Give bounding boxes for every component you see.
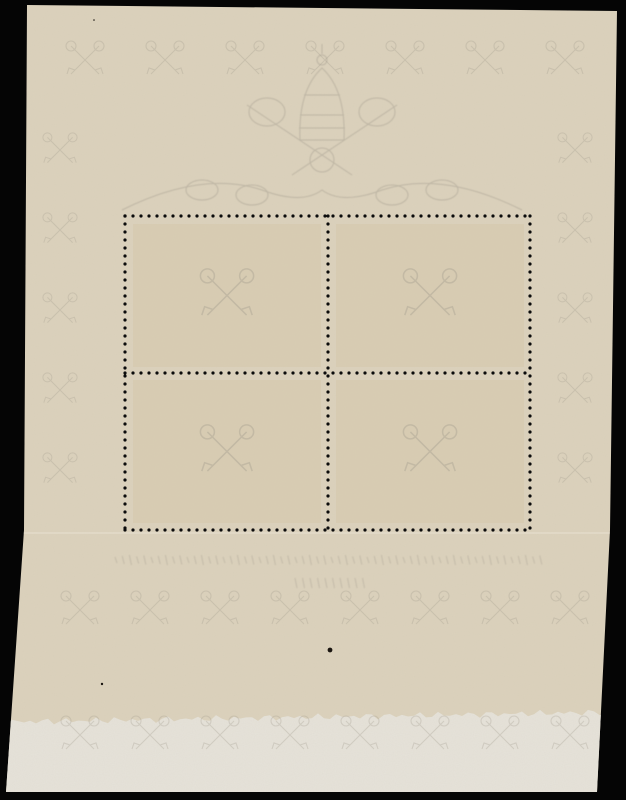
souvenir-sheet xyxy=(0,0,626,800)
sheet-paper xyxy=(0,0,626,800)
scanned-stamp-sheet xyxy=(0,0,626,800)
